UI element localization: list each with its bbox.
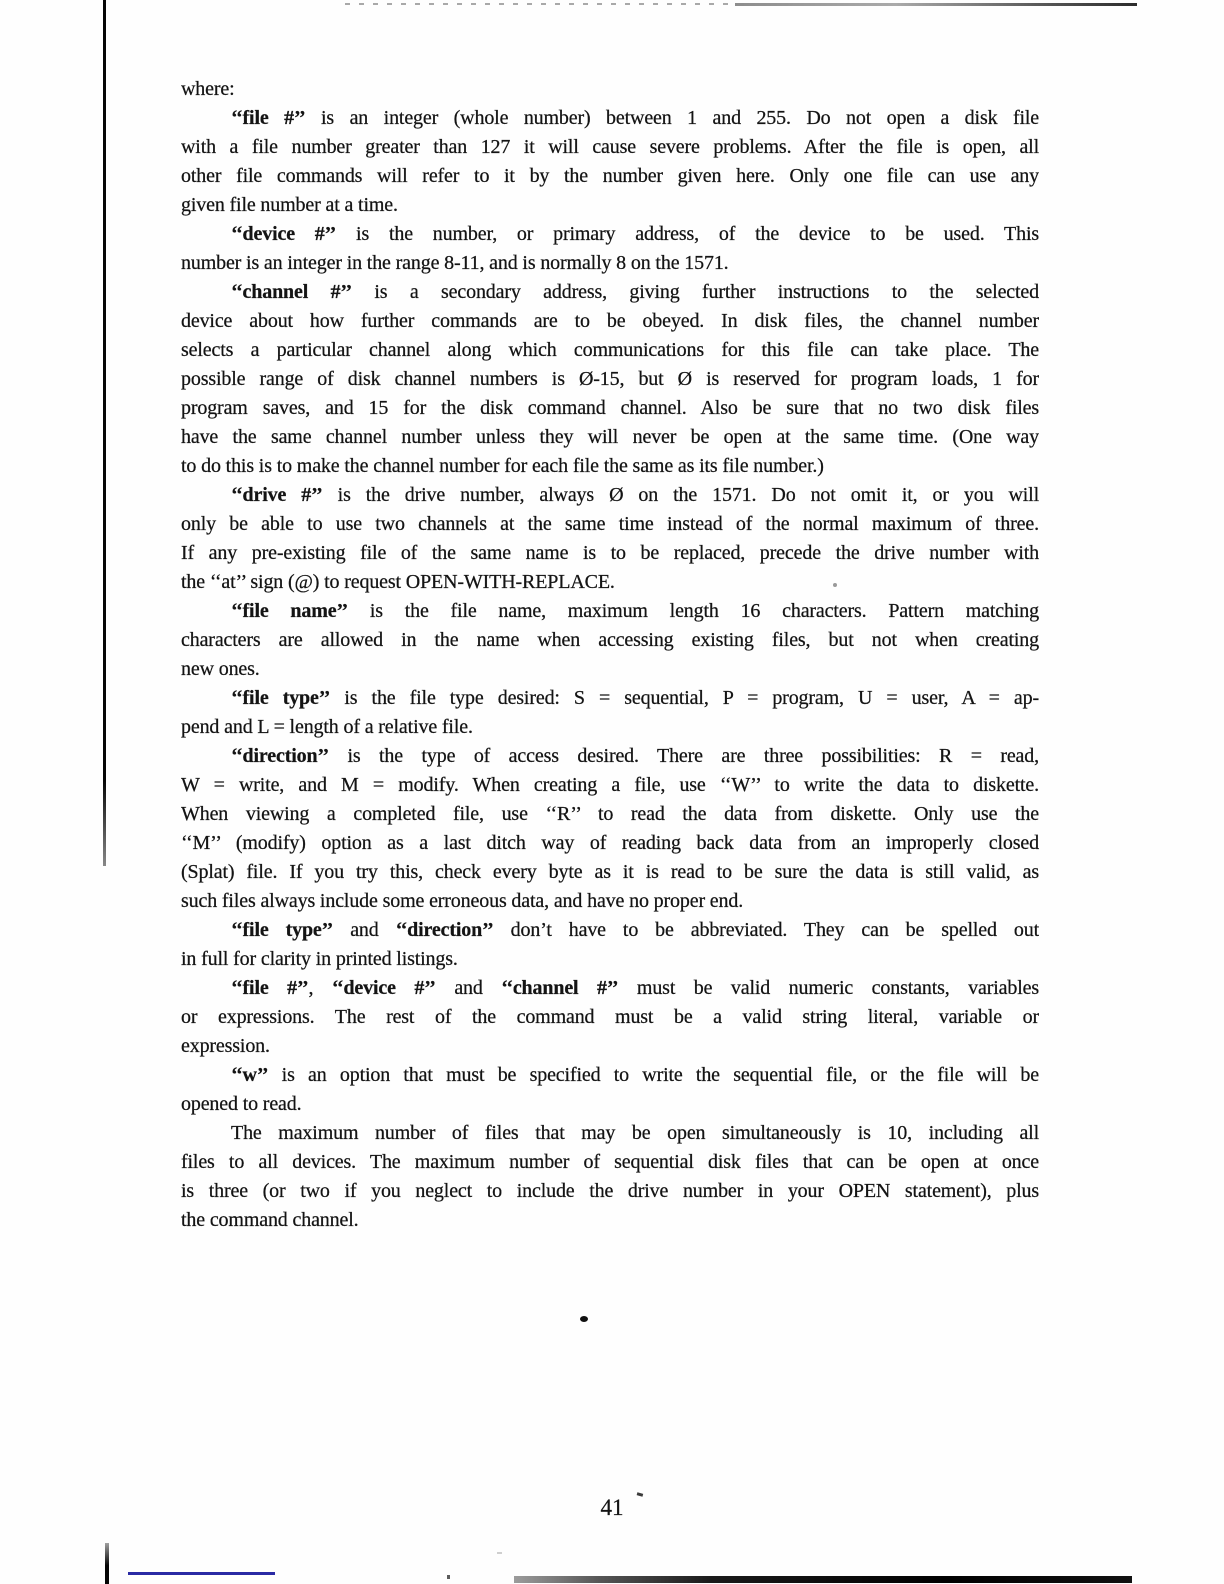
text-line: is three (or two if you neglect to inclu… xyxy=(181,1177,1039,1206)
text-line: ‘‘file #’’ is an integer (whole number) … xyxy=(181,104,1039,133)
text-line: have the same channel number unless they… xyxy=(181,423,1039,452)
text-line: program saves, and 15 for the disk comma… xyxy=(181,394,1039,423)
page-number: 41 xyxy=(532,1492,692,1524)
text-line: possible range of disk channel numbers i… xyxy=(181,365,1039,394)
text-line: in full for clarity in printed listings. xyxy=(181,945,1039,974)
text-line: new ones. xyxy=(181,655,1039,684)
text-line: opened to read. xyxy=(181,1090,1039,1119)
text-line: to do this is to make the channel number… xyxy=(181,452,1039,481)
text-line: the ‘‘at’’ sign (@) to request OPEN-WITH… xyxy=(181,568,1039,597)
text-line: ‘‘channel #’’ is a secondary address, gi… xyxy=(181,278,1039,307)
text-line: W = write, and M = modify. When creating… xyxy=(181,771,1039,800)
text-line: ‘‘device #’’ is the number, or primary a… xyxy=(181,220,1039,249)
scan-artifact-left-margin-line-bottom xyxy=(105,1543,109,1584)
text-line: selects a particular channel along which… xyxy=(181,336,1039,365)
scan-artifact-top-solid-line xyxy=(735,3,1137,6)
text-line: number is an integer in the range 8-11, … xyxy=(181,249,1039,278)
text-line: (Splat) file. If you try this, check eve… xyxy=(181,858,1039,887)
scan-artifact-left-margin-line xyxy=(103,0,106,866)
text-line: ‘‘drive #’’ is the drive number, always … xyxy=(181,481,1039,510)
text-line: or expressions. The rest of the command … xyxy=(181,1003,1039,1032)
text-line: device about how further commands are to… xyxy=(181,307,1039,336)
text-line: ‘‘direction’’ is the type of access desi… xyxy=(181,742,1039,771)
text-line: other file commands will refer to it by … xyxy=(181,162,1039,191)
text-line: the command channel. xyxy=(181,1206,1039,1235)
text-line: characters are allowed in the name when … xyxy=(181,626,1039,655)
text-line: where: xyxy=(181,75,1039,104)
text-line: only be able to use two channels at the … xyxy=(181,510,1039,539)
text-line: expression. xyxy=(181,1032,1039,1061)
scan-artifact-top-dashed-line xyxy=(345,3,737,5)
text-line: pend and L = length of a relative file. xyxy=(181,713,1039,742)
text-line: ‘‘file name’’ is the file name, maximum … xyxy=(181,597,1039,626)
text-line: ‘‘file type’’ and ‘‘direction’’ don’t ha… xyxy=(181,916,1039,945)
text-line: ‘‘file type’’ is the file type desired: … xyxy=(181,684,1039,713)
scan-artifact-center-dot xyxy=(580,1316,588,1322)
text-line: ‘‘file #’’, ‘‘device #’’ and ‘‘channel #… xyxy=(181,974,1039,1003)
text-line: ‘‘M’’ (modify) option as a last ditch wa… xyxy=(181,829,1039,858)
text-line: If any pre-existing file of the same nam… xyxy=(181,539,1039,568)
scan-artifact-faint-speck xyxy=(497,1552,502,1554)
scan-artifact-bottom-edge-bar xyxy=(514,1576,1132,1583)
text-line: with a file number greater than 127 it w… xyxy=(181,133,1039,162)
text-block: where:‘‘file #’’ is an integer (whole nu… xyxy=(181,75,1039,1235)
text-line: files to all devices. The maximum number… xyxy=(181,1148,1039,1177)
scanned-document-page: where:‘‘file #’’ is an integer (whole nu… xyxy=(0,0,1224,1584)
text-line: given file number at a time. xyxy=(181,191,1039,220)
text-line: such files always include some erroneous… xyxy=(181,887,1039,916)
text-line: ‘‘w’’ is an option that must be specifie… xyxy=(181,1061,1039,1090)
scan-artifact-blue-underline xyxy=(128,1572,275,1575)
text-line: The maximum number of files that may be … xyxy=(181,1119,1039,1148)
text-line: When viewing a completed file, use ‘‘R’’… xyxy=(181,800,1039,829)
scan-artifact-small-dot xyxy=(447,1575,450,1579)
